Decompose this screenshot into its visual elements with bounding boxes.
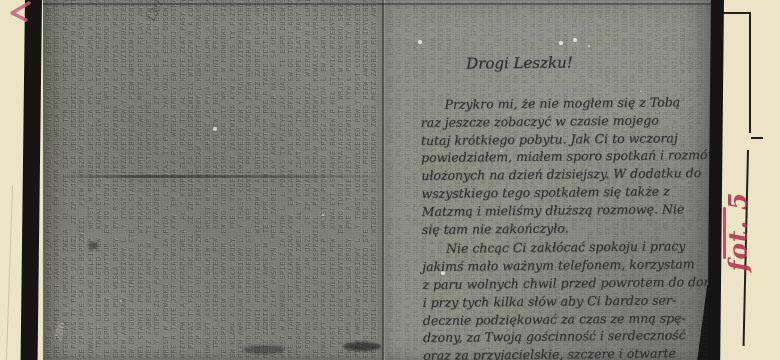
typescript-text: WRJST W PODWABKU SPIESZ ZA PYDA L Ł PODY… bbox=[45, 2, 381, 358]
red-arrow-icon bbox=[3, 0, 33, 24]
ruled-line-top-tick bbox=[722, 12, 751, 14]
ruled-line-dash bbox=[751, 137, 763, 139]
paper-crease bbox=[6, 185, 13, 360]
letter-line: się tam nie zakończyło. bbox=[422, 218, 712, 239]
handwritten-letter: Drogi Leszku! Przykro mi, że nie mogłem … bbox=[420, 51, 712, 360]
page-fold-vertical bbox=[382, 0, 384, 360]
ruled-line-vertical-upper bbox=[749, 12, 751, 133]
letter-body: Przykro mi, że nie mogłem się z Tobąraz … bbox=[420, 93, 712, 360]
photo-edge-right bbox=[707, 0, 724, 360]
letter-line: Przykro mi, że nie mogłem się z Tobą bbox=[420, 93, 712, 114]
typescript-page: WRJST W PODWABKU SPIESZ ZA PYDA L Ł PODY… bbox=[43, 0, 383, 360]
letter-salutation: Drogi Leszku! bbox=[466, 51, 712, 74]
letter-paragraph: Przykro mi, że nie mogłem się z Tobąraz … bbox=[420, 93, 712, 238]
photograph: WRJST W PODWABKU SPIESZ ZA PYDA L Ł PODY… bbox=[43, 0, 712, 360]
letter-line: oraz za przyjacielskie, szczere i otwart… bbox=[423, 344, 712, 360]
photo-top-edge-line bbox=[43, 3, 712, 5]
ink-smudge bbox=[243, 345, 285, 354]
photo-number-text: fot. 5 bbox=[724, 191, 753, 271]
photo-number-label: fot. 5 bbox=[706, 198, 770, 264]
photo-number-underline bbox=[723, 207, 726, 259]
photo-edge-left bbox=[21, 0, 42, 360]
dust-specks bbox=[43, 0, 45, 2]
letter-line: Matzmą i mieliśmy dłuższą rozmowę. Nie bbox=[422, 200, 712, 221]
letter-paragraph: Nie chcąc Ci zakłócać spokoju i pracyjak… bbox=[422, 237, 712, 360]
archival-mount-sheet: WRJST W PODWABKU SPIESZ ZA PYDA L Ł PODY… bbox=[0, 0, 780, 360]
ink-smudge bbox=[88, 242, 98, 249]
ink-smudge bbox=[343, 342, 381, 351]
page-fold-horizontal bbox=[55, 175, 403, 178]
